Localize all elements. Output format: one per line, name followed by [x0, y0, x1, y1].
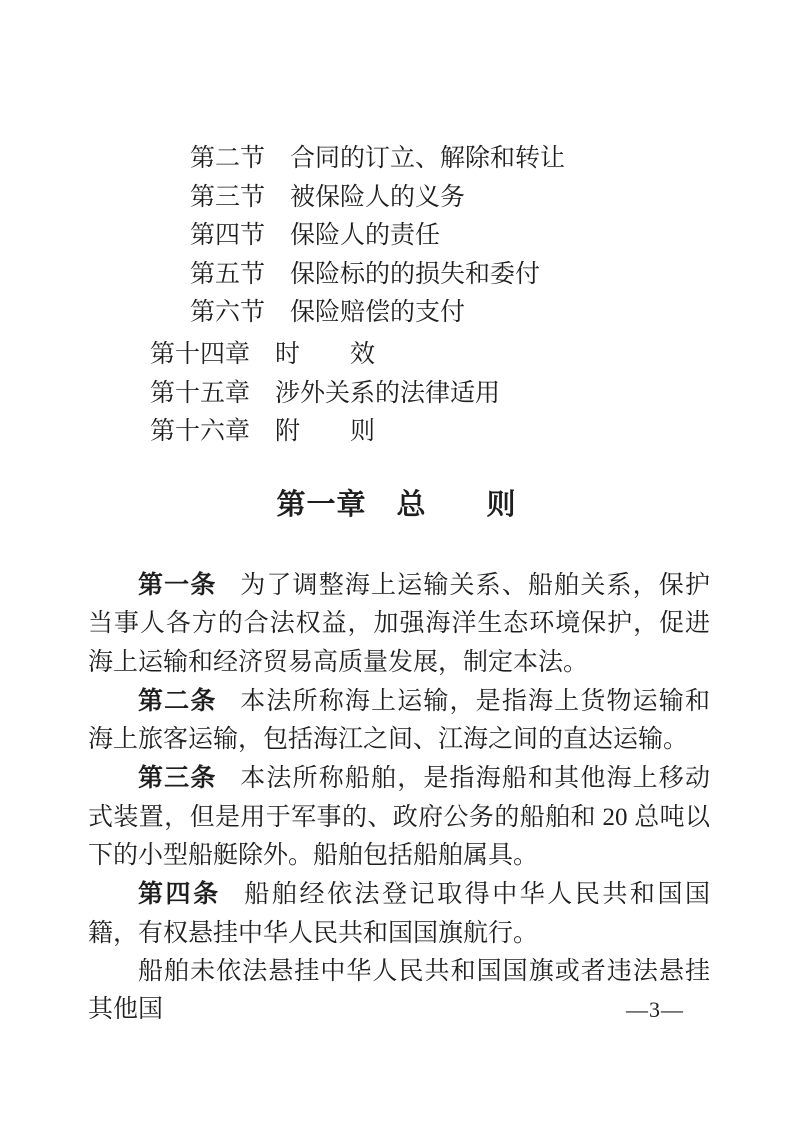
article-number: 第二条 — [138, 687, 216, 715]
toc-item-label: 第四节 — [190, 222, 265, 249]
article-number: 第一条 — [138, 571, 216, 599]
toc-item-label: 第六节 — [190, 299, 265, 326]
article-body: 第一条为了调整海上运输关系、船舶关系，保护当事人各方的合法权益，加强海洋生态环境… — [88, 566, 710, 1030]
toc-item: 第六节保险赔偿的支付 — [190, 294, 565, 333]
toc-item-label: 第五节 — [190, 261, 265, 288]
toc-item-title: 保险标的的损失和委付 — [290, 261, 540, 288]
toc-chapter-list: 第十四章时 效 第十五章涉外关系的法律适用 第十六章附 则 — [150, 336, 500, 452]
article-paragraph: 第二条本法所称海上运输，是指海上货物运输和海上旅客运输，包括海江之间、江海之间的… — [88, 682, 710, 760]
toc-item: 第十六章附 则 — [150, 413, 500, 452]
toc-item-label: 第十六章 — [150, 418, 250, 445]
toc-item: 第五节保险标的的损失和委付 — [190, 256, 565, 295]
article-paragraph: 第四条船舶经依法登记取得中华人民共和国国籍，有权悬挂中华人民共和国国旗航行。 — [88, 875, 710, 953]
toc-item-title: 涉外关系的法律适用 — [275, 380, 500, 407]
toc-item-label: 第十五章 — [150, 380, 250, 407]
toc-item-title: 附 则 — [275, 418, 375, 445]
article-number: 第四条 — [138, 880, 221, 908]
toc-item-title: 保险赔偿的支付 — [290, 299, 465, 326]
article-paragraph: 第三条本法所称船舶，是指海船和其他海上移动式装置，但是用于军事的、政府公务的船舶… — [88, 759, 710, 875]
toc-item-title: 保险人的责任 — [290, 222, 440, 249]
toc-item: 第四节保险人的责任 — [190, 217, 565, 256]
toc-item-label: 第三节 — [190, 184, 265, 211]
toc-item-label: 第二节 — [190, 145, 265, 172]
toc-item-title: 被保险人的义务 — [290, 184, 465, 211]
article-number: 第三条 — [138, 764, 216, 792]
toc-item-label: 第十四章 — [150, 341, 250, 368]
toc-item-title: 时 效 — [275, 341, 375, 368]
chapter-heading: 第一章 总 则 — [0, 488, 793, 522]
toc-item: 第十四章时 效 — [150, 336, 500, 375]
toc-item-title: 合同的订立、解除和转让 — [290, 145, 565, 172]
toc-item: 第二节合同的订立、解除和转让 — [190, 140, 565, 179]
document-page: 第二节合同的订立、解除和转让 第三节被保险人的义务 第四节保险人的责任 第五节保… — [0, 0, 793, 1122]
continuation-paragraph: 船舶未依法悬挂中华人民共和国国旗或者违法悬挂其他国 — [88, 953, 710, 1030]
page-number: —3— — [626, 997, 684, 1023]
article-paragraph: 第一条为了调整海上运输关系、船舶关系，保护当事人各方的合法权益，加强海洋生态环境… — [88, 566, 710, 682]
toc-item: 第十五章涉外关系的法律适用 — [150, 375, 500, 414]
toc-item: 第三节被保险人的义务 — [190, 179, 565, 218]
toc-section-list: 第二节合同的订立、解除和转让 第三节被保险人的义务 第四节保险人的责任 第五节保… — [190, 140, 565, 333]
